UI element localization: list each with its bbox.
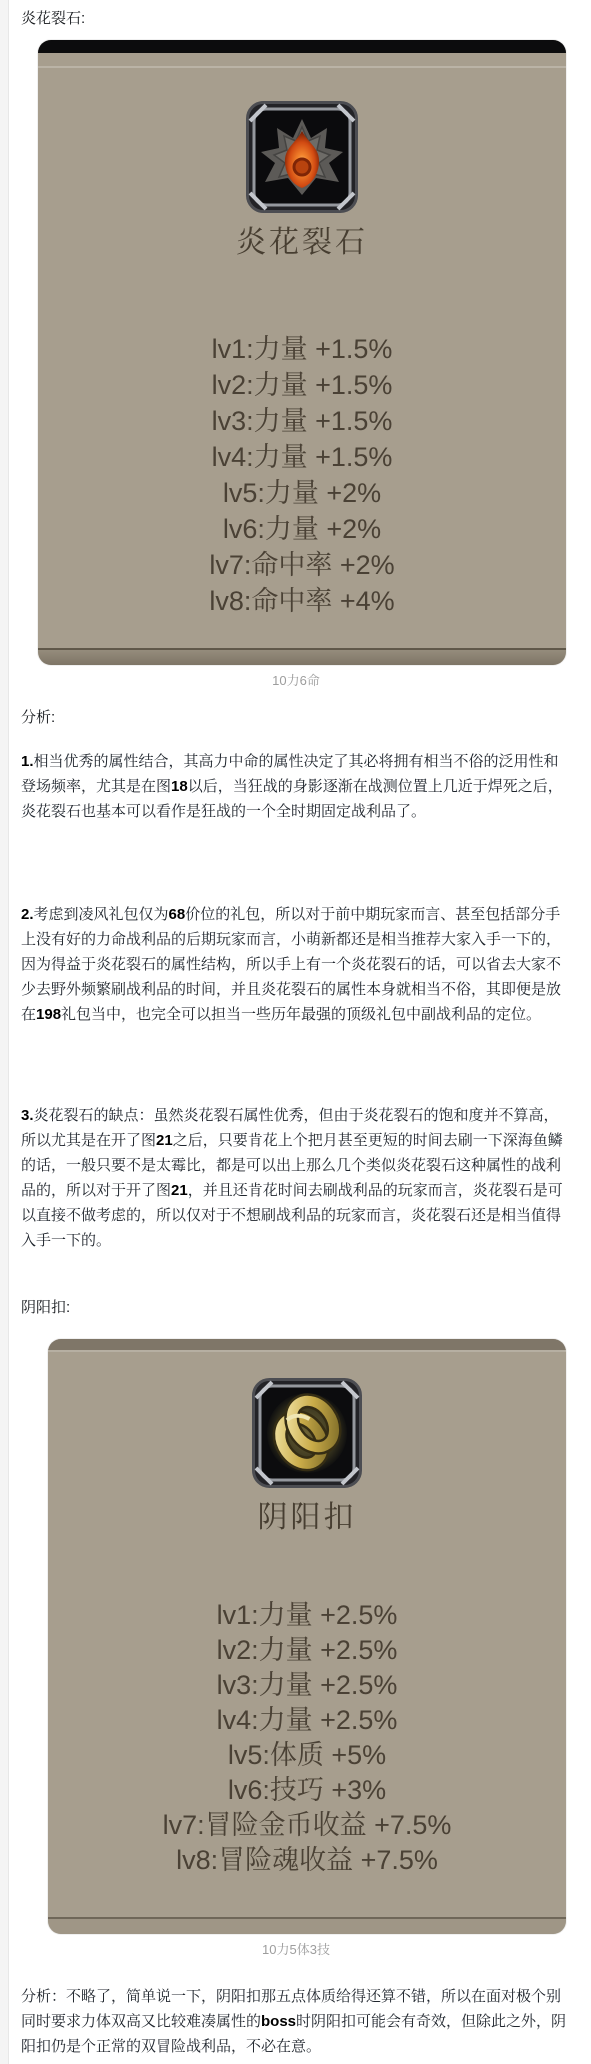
stat-line: lv4:力量 +1.5% — [38, 439, 566, 475]
yinyang-buckle-screenshot[interactable]: 阴阳扣 lv1:力量 +2.5%lv2:力量 +2.5%lv3:力量 +2.5%… — [48, 1339, 566, 1934]
body-text: 考虑到凌风礼包仅为 — [34, 906, 169, 923]
emphasis-text: 1. — [21, 753, 34, 770]
flame-stone-screenshot[interactable]: 炎花裂石 lv1:力量 +1.5%lv2:力量 +1.5%lv3:力量 +1.5… — [38, 40, 566, 665]
stat-line: lv7:冒险金币收益 +7.5% — [48, 1808, 566, 1843]
analysis-heading: 分析: — [21, 709, 571, 727]
emphasis-text: 2. — [21, 906, 34, 923]
article-body: 炎花裂石: — [0, 0, 591, 2059]
screenshot-shine-line — [48, 1350, 566, 1352]
emphasis-text: 21 — [171, 1182, 188, 1199]
stat-line: lv4:力量 +2.5% — [48, 1703, 566, 1738]
stat-line: lv7:命中率 +2% — [38, 547, 566, 583]
analysis-paragraph-3: 3.炎花裂石的缺点：虽然炎花裂石属性优秀，但由于炎花裂石的饱和度并不算高，所以尤… — [21, 1103, 571, 1253]
screenshot-top-bar — [38, 40, 566, 53]
stat-line: lv8:冒险魂收益 +7.5% — [48, 1843, 566, 1878]
stat-line: lv2:力量 +1.5% — [38, 367, 566, 403]
item-title: 炎花裂石 — [38, 225, 566, 261]
item-icon-wrap — [48, 1378, 566, 1488]
stat-line: lv3:力量 +2.5% — [48, 1668, 566, 1703]
screenshot-shine-line — [38, 66, 566, 68]
analysis-paragraph-1: 1.相当优秀的属性结合，其高力中命的属性决定了其必将拥有相当不俗的泛用性和登场频… — [21, 749, 571, 824]
stat-line: lv6:技巧 +3% — [48, 1773, 566, 1808]
emphasis-text: 198 — [36, 1006, 61, 1023]
stat-line: lv8:命中率 +4% — [38, 583, 566, 619]
body-text: 礼包当中，也完全可以担当一些历年最强的顶级礼包中副战利品的定位。 — [61, 1006, 541, 1023]
flame-stone-icon — [246, 101, 358, 213]
item1-heading: 炎花裂石: — [21, 10, 571, 28]
item-stats-list: lv1:力量 +2.5%lv2:力量 +2.5%lv3:力量 +2.5%lv4:… — [48, 1598, 566, 1878]
image-caption: 10力5体3技 — [21, 1942, 571, 1958]
stat-line: lv3:力量 +1.5% — [38, 403, 566, 439]
item-icon-wrap — [38, 101, 566, 213]
emphasis-text: 68 — [169, 906, 186, 923]
stat-line: lv6:力量 +2% — [38, 511, 566, 547]
stat-line: lv1:力量 +2.5% — [48, 1598, 566, 1633]
analysis-paragraph-4: 分析：不略了，简单说一下，阴阳扣那五点体质给得还算不错，所以在面对极个别同时要求… — [21, 1984, 571, 2059]
screenshot-bottom-bar — [38, 648, 566, 665]
yinyang-rings-icon — [252, 1378, 362, 1488]
image-caption: 10力6命 — [21, 673, 571, 689]
analysis-paragraph-2: 2.考虑到凌风礼包仅为68价位的礼包，所以对于前中期玩家而言、甚至包括部分手上没… — [21, 902, 571, 1027]
stat-line: lv1:力量 +1.5% — [38, 331, 566, 367]
item-title: 阴阳扣 — [48, 1500, 566, 1536]
emphasis-text: 18 — [171, 778, 188, 795]
stat-line: lv5:体质 +5% — [48, 1738, 566, 1773]
stat-line: lv5:力量 +2% — [38, 475, 566, 511]
emphasis-text: 3. — [21, 1107, 34, 1124]
emphasis-text: 21 — [156, 1132, 173, 1149]
stat-line: lv2:力量 +2.5% — [48, 1633, 566, 1668]
item-stats-list: lv1:力量 +1.5%lv2:力量 +1.5%lv3:力量 +1.5%lv4:… — [38, 331, 566, 619]
screenshot-top-band — [48, 1339, 566, 1350]
item2-heading: 阴阳扣: — [21, 1299, 571, 1317]
emphasis-text: boss — [261, 2013, 296, 2030]
screenshot-bottom-bar — [48, 1917, 566, 1934]
